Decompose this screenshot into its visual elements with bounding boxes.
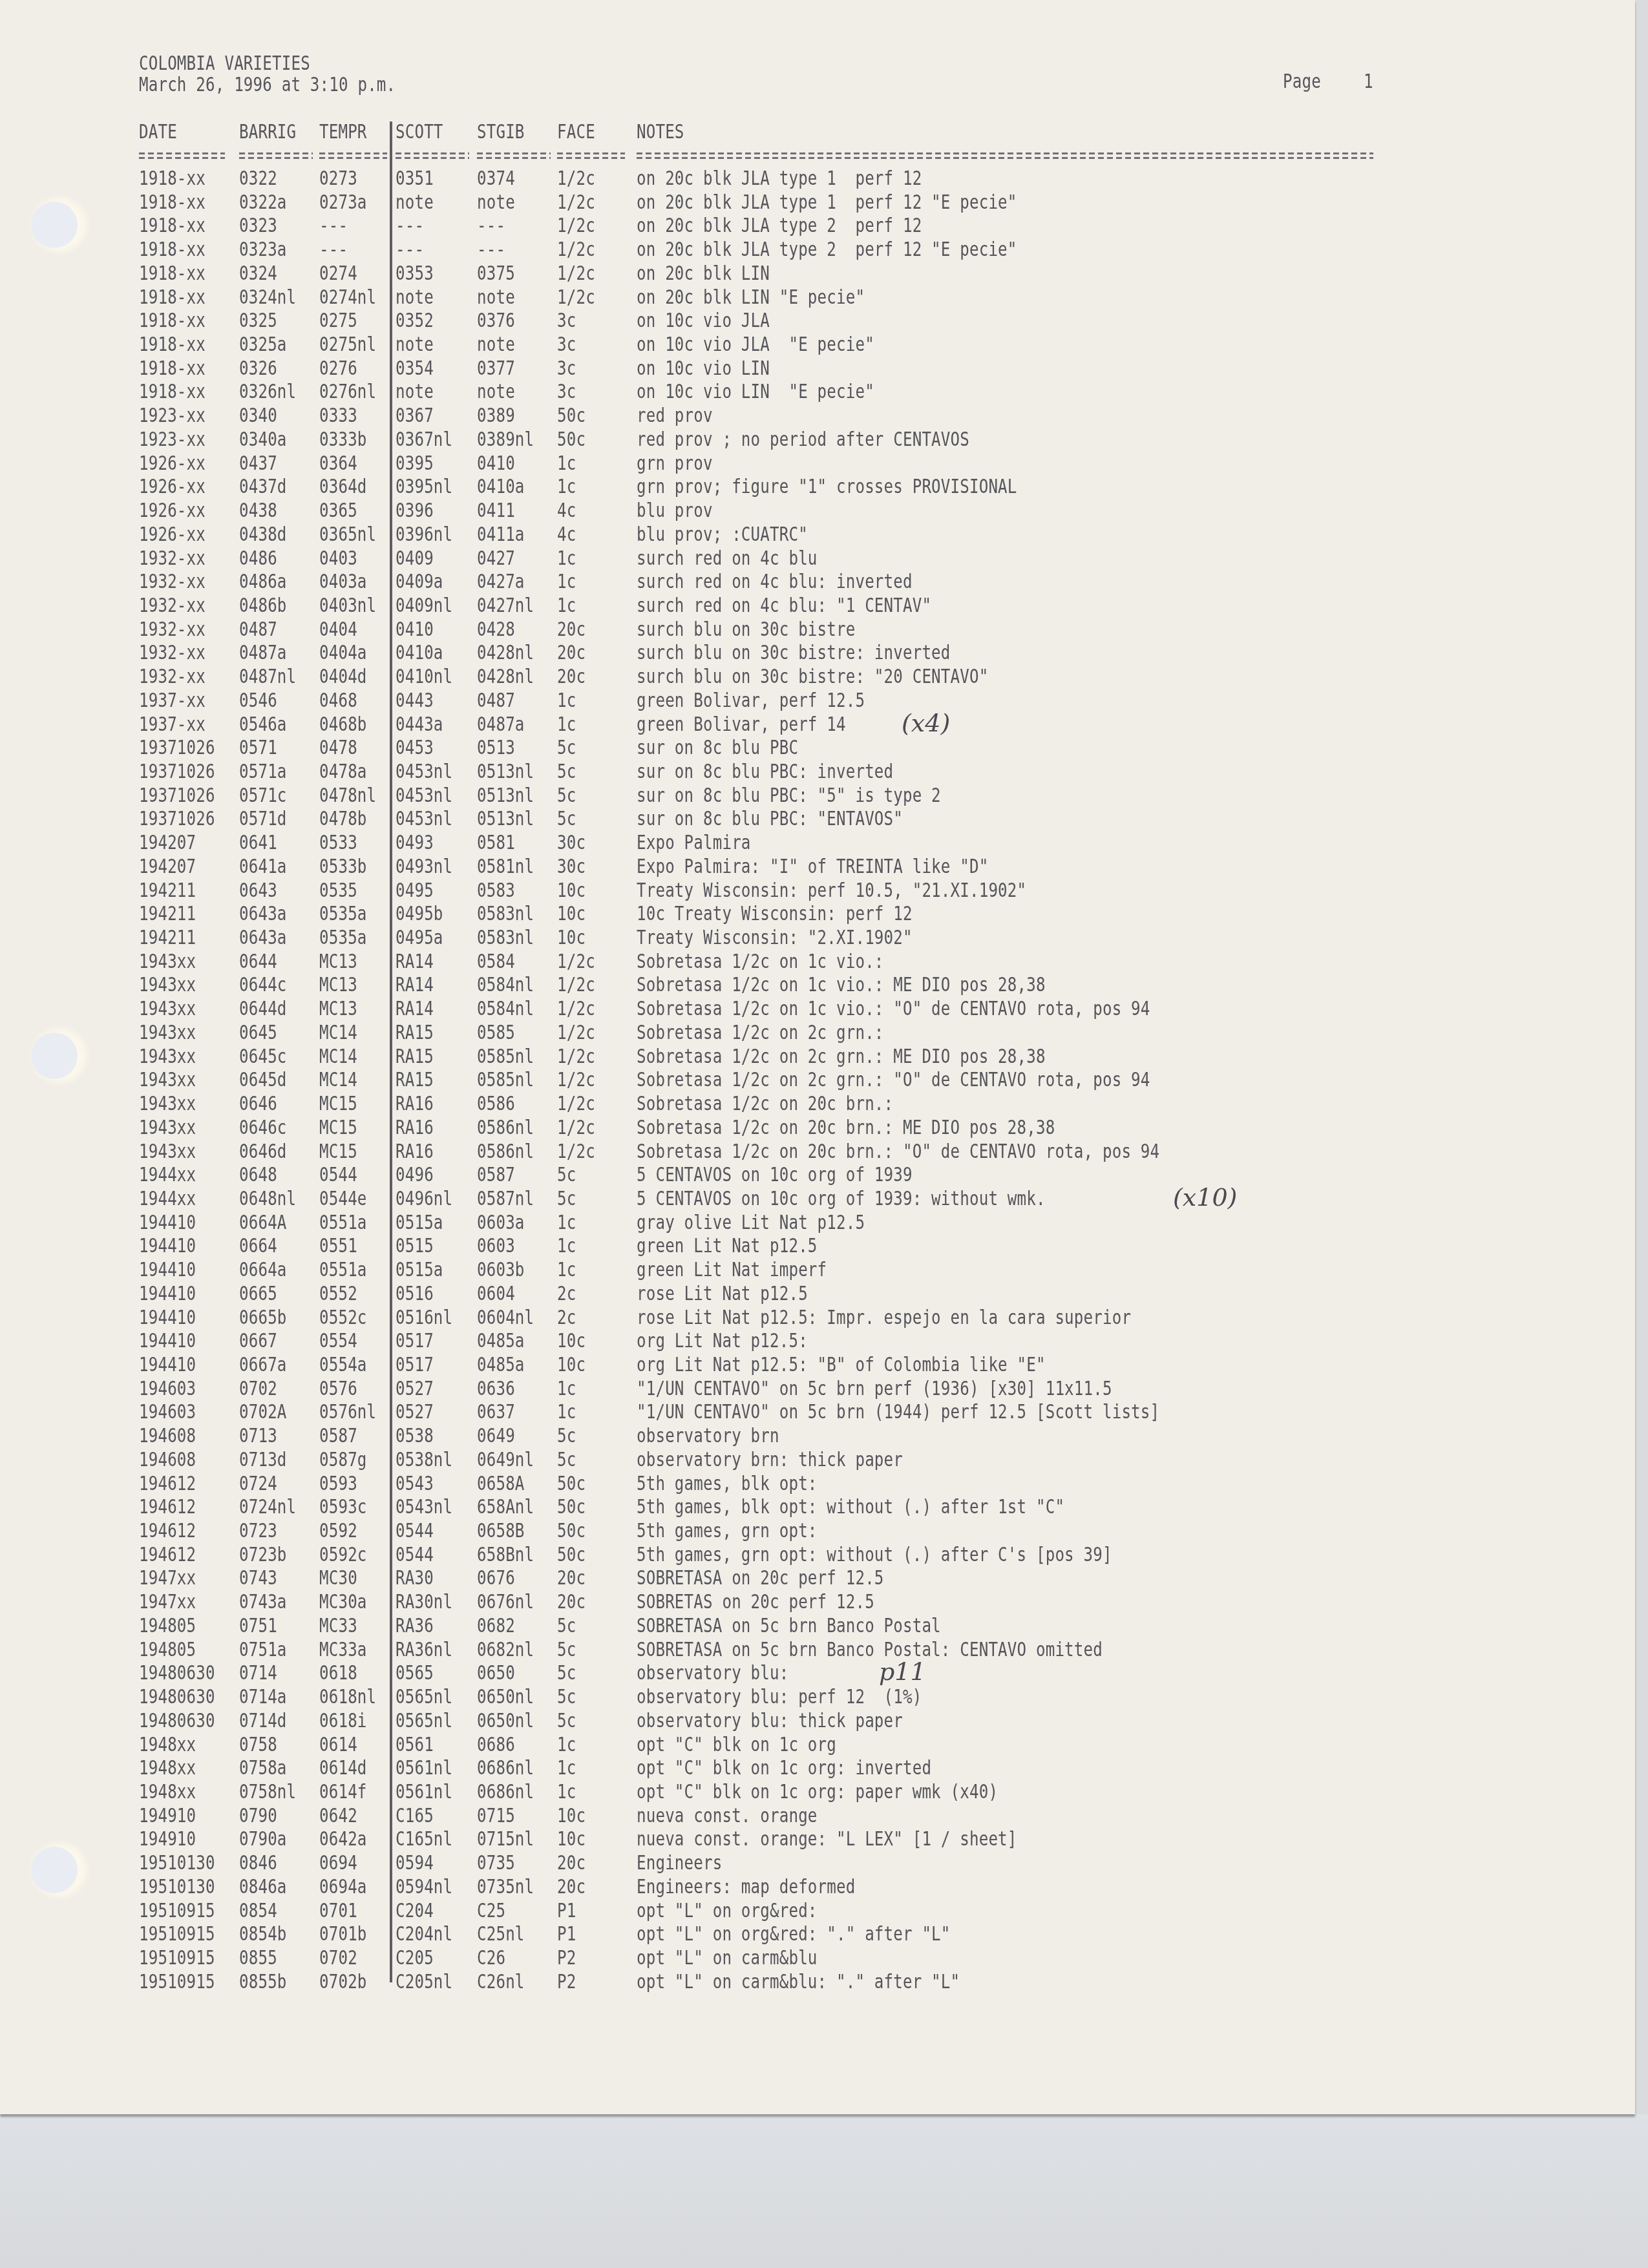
cell-date: 194211 — [139, 926, 196, 949]
rule-segment — [239, 157, 313, 159]
cell-date: 1943xx — [139, 1140, 196, 1163]
cell-stgib: 0658A — [477, 1472, 525, 1495]
cell-date: 1948xx — [139, 1780, 196, 1803]
cell-date: 194612 — [139, 1519, 196, 1542]
cell-barrig: 0644c — [239, 973, 287, 996]
cell-face: 1/2c — [557, 1068, 595, 1091]
cell-date: 19480630 — [139, 1709, 215, 1732]
cell-scott: RA36 — [396, 1614, 434, 1637]
column-header-date: DATE — [139, 120, 177, 143]
cell-face: 5c — [557, 1163, 576, 1186]
cell-date: 1943xx — [139, 1116, 196, 1139]
cell-tempr: 0592 — [319, 1519, 357, 1542]
cell-barrig: 0758nl — [239, 1780, 296, 1803]
cell-stgib: 0583nl — [477, 926, 534, 949]
cell-scott: 0544 — [396, 1519, 434, 1542]
cell-face: 50c — [557, 428, 586, 451]
cell-face: P1 — [557, 1899, 576, 1922]
cell-date: 1918-xx — [139, 262, 206, 285]
rule-segment — [477, 152, 551, 154]
cell-tempr: 0694a — [319, 1875, 367, 1898]
cell-stgib: note — [477, 380, 515, 403]
cell-tempr: 0551 — [319, 1234, 357, 1257]
cell-barrig: 0790a — [239, 1827, 287, 1851]
cell-face: 4c — [557, 523, 576, 546]
column-header-notes: NOTES — [637, 120, 684, 143]
cell-barrig: 0486 — [239, 547, 277, 570]
cell-tempr: 0642a — [319, 1827, 367, 1851]
cell-date: 1932-xx — [139, 594, 206, 617]
cell-tempr: 0618i — [319, 1709, 367, 1732]
cell-stgib: 0377 — [477, 357, 515, 380]
cell-face: 10c — [557, 1353, 586, 1376]
cell-stgib: 0586nl — [477, 1140, 534, 1163]
cell-notes: 5th games, blk opt: without (.) after 1s… — [637, 1495, 1064, 1518]
cell-stgib: 0389nl — [477, 428, 534, 451]
cell-scott: RA15 — [396, 1045, 434, 1068]
cell-stgib: 658Anl — [477, 1495, 534, 1518]
cell-date: 194410 — [139, 1234, 196, 1257]
cell-scott: 0409nl — [396, 594, 452, 617]
cell-date: 19480630 — [139, 1685, 215, 1708]
cell-notes: on 10c vio LIN "E pecie" — [637, 380, 874, 403]
cell-scott: 0543nl — [396, 1495, 452, 1518]
cell-date: 19371026 — [139, 807, 215, 830]
cell-notes: red prov ; no period after CENTAVOS — [637, 428, 969, 451]
cell-stgib: 0603a — [477, 1211, 525, 1234]
cell-barrig: 0665b — [239, 1306, 287, 1329]
cell-face: 4c — [557, 499, 576, 522]
cell-tempr: 0702b — [319, 1970, 367, 1993]
cell-stgib: C26 — [477, 1946, 505, 1969]
cell-scott: 0352 — [396, 309, 434, 332]
cell-scott: 0496 — [396, 1163, 434, 1186]
cell-barrig: 0646 — [239, 1092, 277, 1115]
cell-notes: Sobretasa 1/2c on 20c brn.: — [637, 1092, 893, 1115]
rule-segment — [557, 157, 625, 159]
cell-notes: green Lit Nat p12.5 — [637, 1234, 818, 1257]
cell-stgib: 0428nl — [477, 641, 534, 664]
cell-notes: Expo Palmira — [637, 831, 751, 854]
cell-stgib: 0389 — [477, 404, 515, 427]
cell-barrig: 0648 — [239, 1163, 277, 1186]
cell-stgib: C26nl — [477, 1970, 525, 1993]
cell-notes: on 20c blk JLA type 2 perf 12 "E pecie" — [637, 238, 1017, 261]
cell-date: 1932-xx — [139, 618, 206, 641]
cell-scott: 0453nl — [396, 807, 452, 830]
document-page: COLOMBIA VARIETIES March 26, 1996 at 3:1… — [0, 0, 1635, 2114]
cell-notes: observatory blu: — [637, 1661, 788, 1685]
rule-segment — [477, 157, 551, 159]
cell-barrig: 0641 — [239, 831, 277, 854]
cell-stgib: --- — [477, 214, 505, 237]
cell-tempr: 0535a — [319, 926, 367, 949]
cell-date: 1918-xx — [139, 333, 206, 356]
cell-scott: 0395 — [396, 452, 434, 475]
cell-notes: grn prov; figure "1" crosses PROVISIONAL — [637, 475, 1017, 498]
cell-tempr: 0365 — [319, 499, 357, 522]
cell-date: 19510915 — [139, 1970, 215, 1993]
cell-face: 2c — [557, 1306, 576, 1329]
handwritten-note: (x4) — [902, 709, 950, 737]
cell-notes: 5 CENTAVOS on 10c org of 1939: without w… — [637, 1187, 1046, 1210]
cell-tempr: 0404 — [319, 618, 357, 641]
cell-face: 1/2c — [557, 1045, 595, 1068]
cell-tempr: 0364d — [319, 475, 367, 498]
cell-date: 19510130 — [139, 1875, 215, 1898]
cell-tempr: MC13 — [319, 973, 357, 996]
cell-barrig: 0714a — [239, 1685, 287, 1708]
cell-scott: 0453 — [396, 736, 434, 759]
cell-date: 194608 — [139, 1448, 196, 1471]
cell-date: 1943xx — [139, 1045, 196, 1068]
cell-notes: grn prov — [637, 452, 713, 475]
cell-stgib: 0603b — [477, 1258, 525, 1281]
rule-segment — [139, 152, 225, 154]
cell-stgib: 0682 — [477, 1614, 515, 1637]
cell-date: 1918-xx — [139, 214, 206, 237]
cell-stgib: 0487a — [477, 713, 525, 736]
cell-notes: 5th games, blk opt: — [637, 1472, 818, 1495]
cell-scott: note — [396, 286, 434, 309]
cell-stgib: 0676 — [477, 1566, 515, 1590]
cell-tempr: MC33a — [319, 1638, 367, 1661]
cell-stgib: --- — [477, 238, 505, 261]
cell-scott: RA36nl — [396, 1638, 452, 1661]
cell-tempr: 0642 — [319, 1804, 357, 1827]
cell-date: 194603 — [139, 1377, 196, 1400]
cell-date: 1943xx — [139, 973, 196, 996]
cell-face: 1/2c — [557, 973, 595, 996]
cell-notes: on 10c vio JLA — [637, 309, 770, 332]
cell-scott: 0353 — [396, 262, 434, 285]
cell-notes: surch blu on 30c bistre — [637, 618, 855, 641]
cell-barrig: 0487nl — [239, 665, 296, 688]
cell-notes: opt "L" on org&red: — [637, 1899, 818, 1922]
cell-notes: observatory blu: thick paper — [637, 1709, 903, 1732]
cell-date: 1943xx — [139, 1092, 196, 1115]
cell-scott: 0396 — [396, 499, 434, 522]
cell-notes: 5th games, grn opt: — [637, 1519, 818, 1542]
cell-stgib: 0585 — [477, 1021, 515, 1044]
cell-notes: on 20c blk LIN "E pecie" — [637, 286, 865, 309]
cell-notes: Sobretasa 1/2c on 1c vio.: — [637, 950, 884, 973]
cell-stgib: 0585nl — [477, 1068, 534, 1091]
cell-tempr: MC14 — [319, 1068, 357, 1091]
cell-tempr: 0468 — [319, 689, 357, 712]
cell-barrig: 0643a — [239, 926, 287, 949]
cell-barrig: 0546 — [239, 689, 277, 712]
cell-scott: C205 — [396, 1946, 434, 1969]
cell-tempr: MC33 — [319, 1614, 357, 1637]
cell-scott: 0354 — [396, 357, 434, 380]
cell-date: 194910 — [139, 1804, 196, 1827]
cell-barrig: 0758a — [239, 1756, 287, 1780]
cell-tempr: 0276nl — [319, 380, 376, 403]
cell-notes: observatory brn — [637, 1424, 779, 1447]
cell-face: 1c — [557, 1733, 576, 1756]
cell-date: 194910 — [139, 1827, 196, 1851]
cell-tempr: 0614d — [319, 1756, 367, 1780]
cell-stgib: 0584nl — [477, 973, 534, 996]
cell-barrig: 0571 — [239, 736, 277, 759]
cell-tempr: 0587 — [319, 1424, 357, 1447]
cell-stgib: 0686 — [477, 1733, 515, 1756]
cell-barrig: 0487a — [239, 641, 287, 664]
cell-scott: 0565nl — [396, 1709, 452, 1732]
cell-barrig: 0571a — [239, 760, 287, 783]
cell-date: 194612 — [139, 1543, 196, 1566]
cell-tempr: 0535 — [319, 879, 357, 902]
cell-tempr: 0478nl — [319, 784, 376, 807]
cell-barrig: 0325a — [239, 333, 287, 356]
cell-date: 19371026 — [139, 736, 215, 759]
cell-stgib: 0604 — [477, 1282, 515, 1305]
cell-face: 5c — [557, 736, 576, 759]
cell-stgib: 0584 — [477, 950, 515, 973]
cell-barrig: 0758 — [239, 1733, 277, 1756]
cell-notes: "1/UN CENTAVO" on 5c brn (1944) perf 12.… — [637, 1400, 1159, 1423]
cell-tempr: 0365nl — [319, 523, 376, 546]
rule-segment — [637, 157, 1373, 159]
cell-date: 1932-xx — [139, 570, 206, 593]
cell-stgib: 0587 — [477, 1163, 515, 1186]
cell-stgib: 0583nl — [477, 902, 534, 925]
cell-notes: opt "L" on org&red: "." after "L" — [637, 1922, 951, 1946]
cell-tempr: 0552c — [319, 1306, 367, 1329]
cell-stgib: 0649nl — [477, 1448, 534, 1471]
cell-face: 5c — [557, 1638, 576, 1661]
cell-face: 1c — [557, 1377, 576, 1400]
cell-tempr: 0702 — [319, 1946, 357, 1969]
cell-date: 1943xx — [139, 1021, 196, 1044]
cell-tempr: 0533 — [319, 831, 357, 854]
cell-notes: org Lit Nat p12.5: — [637, 1329, 808, 1352]
rule-segment — [557, 152, 625, 154]
cell-tempr: MC15 — [319, 1092, 357, 1115]
cell-barrig: 0644d — [239, 997, 287, 1020]
cell-face: 3c — [557, 309, 576, 332]
cell-tempr: 0701b — [319, 1922, 367, 1946]
column-header-barrig: BARRIG — [239, 120, 296, 143]
cell-date: 194410 — [139, 1282, 196, 1305]
cell-date: 1944xx — [139, 1187, 196, 1210]
cell-scott: 0527 — [396, 1400, 434, 1423]
cell-date: 1923-xx — [139, 404, 206, 427]
cell-notes: opt "L" on carm&blu — [637, 1946, 818, 1969]
cell-face: 1c — [557, 547, 576, 570]
cell-stgib: note — [477, 286, 515, 309]
cell-scott: 0410nl — [396, 665, 452, 688]
cell-scott: RA15 — [396, 1068, 434, 1091]
cell-barrig: 0724 — [239, 1472, 277, 1495]
cell-scott: note — [396, 380, 434, 403]
cell-face: 1/2c — [557, 191, 595, 214]
cell-barrig: 0437 — [239, 452, 277, 475]
cell-barrig: 0702A — [239, 1400, 287, 1423]
cell-date: 19510915 — [139, 1922, 215, 1946]
cell-barrig: 0664a — [239, 1258, 287, 1281]
cell-stgib: 0650nl — [477, 1709, 534, 1732]
cell-stgib: note — [477, 333, 515, 356]
cell-tempr: 0478b — [319, 807, 367, 830]
cell-barrig: 0713 — [239, 1424, 277, 1447]
cell-notes: SOBRETAS on 20c perf 12.5 — [637, 1590, 874, 1613]
cell-face: 1c — [557, 1780, 576, 1803]
cell-face: 50c — [557, 1519, 586, 1542]
cell-face: 1/2c — [557, 167, 595, 190]
cell-tempr: 0403nl — [319, 594, 376, 617]
cell-stgib: 0375 — [477, 262, 515, 285]
cell-barrig: 0645d — [239, 1068, 287, 1091]
cell-date: 1918-xx — [139, 167, 206, 190]
cell-scott: 0396nl — [396, 523, 452, 546]
cell-stgib: note — [477, 191, 515, 214]
cell-face: 2c — [557, 1282, 576, 1305]
cell-face: 1c — [557, 452, 576, 475]
cell-stgib: 0658B — [477, 1519, 525, 1542]
cell-stgib: 0586nl — [477, 1116, 534, 1139]
cell-notes: 5th games, grn opt: without (.) after C'… — [637, 1543, 1112, 1566]
cell-notes: green Bolivar, perf 12.5 — [637, 689, 865, 712]
cell-scott: RA16 — [396, 1140, 434, 1163]
cell-notes: opt "C" blk on 1c org — [637, 1733, 836, 1756]
cell-scott: C205nl — [396, 1970, 452, 1993]
cell-scott: 0493 — [396, 831, 434, 854]
cell-face: 1/2c — [557, 238, 595, 261]
cell-barrig: 0713d — [239, 1448, 287, 1471]
cell-face: 5c — [557, 760, 576, 783]
cell-notes: on 20c blk LIN — [637, 262, 770, 285]
cell-tempr: MC15 — [319, 1140, 357, 1163]
cell-barrig: 0641a — [239, 855, 287, 878]
cell-date: 19510915 — [139, 1946, 215, 1969]
cell-face: 1c — [557, 1258, 576, 1281]
cell-stgib: 0411a — [477, 523, 525, 546]
cell-notes: blu prov — [637, 499, 713, 522]
cell-notes: Treaty Wisconsin: perf 10.5, "21.XI.1902… — [637, 879, 1026, 902]
cell-tempr: 0333 — [319, 404, 357, 427]
cell-date: 194603 — [139, 1400, 196, 1423]
column-header-tempr: TEMPR — [319, 120, 367, 143]
cell-date: 194410 — [139, 1329, 196, 1352]
cell-notes: sur on 8c blu PBC: "5" is type 2 — [637, 784, 941, 807]
cell-date: 1926-xx — [139, 499, 206, 522]
cell-face: 1c — [557, 1400, 576, 1423]
cell-barrig: 0855b — [239, 1970, 287, 1993]
cell-date: 1937-xx — [139, 689, 206, 712]
punch-hole — [31, 1033, 78, 1079]
cell-tempr: MC30 — [319, 1566, 357, 1590]
cell-stgib: 0649 — [477, 1424, 515, 1447]
cell-scott: 0409 — [396, 547, 434, 570]
cell-scott: 0527 — [396, 1377, 434, 1400]
cell-face: 20c — [557, 641, 586, 664]
cell-stgib: 0581nl — [477, 855, 534, 878]
cell-tempr: 0535a — [319, 902, 367, 925]
column-divider — [390, 121, 392, 1982]
cell-scott: C204 — [396, 1899, 434, 1922]
cell-barrig: 0723 — [239, 1519, 277, 1542]
cell-date: 194410 — [139, 1306, 196, 1329]
cell-notes: opt "L" on carm&blu: "." after "L" — [637, 1970, 960, 1993]
cell-barrig: 0438 — [239, 499, 277, 522]
cell-barrig: 0714d — [239, 1709, 287, 1732]
cell-stgib: 0427nl — [477, 594, 534, 617]
cell-barrig: 0322 — [239, 167, 277, 190]
cell-stgib: 0735 — [477, 1851, 515, 1874]
cell-stgib: 0513 — [477, 736, 515, 759]
cell-scott: 0495 — [396, 879, 434, 902]
cell-scott: RA30 — [396, 1566, 434, 1590]
cell-tempr: 0593c — [319, 1495, 367, 1518]
cell-stgib: 0374 — [477, 167, 515, 190]
cell-date: 19480630 — [139, 1661, 215, 1685]
cell-tempr: 0274nl — [319, 286, 376, 309]
cell-tempr: 0276 — [319, 357, 357, 380]
cell-face: 1/2c — [557, 214, 595, 237]
cell-face: 30c — [557, 831, 586, 854]
cell-scott: 0561 — [396, 1733, 434, 1756]
cell-scott: 0594 — [396, 1851, 434, 1874]
rule-segment — [396, 157, 469, 159]
cell-date: 194612 — [139, 1472, 196, 1495]
cell-scott: RA30nl — [396, 1590, 452, 1613]
cell-stgib: 0583 — [477, 879, 515, 902]
cell-date: 1948xx — [139, 1733, 196, 1756]
print-timestamp: March 26, 1996 at 3:10 p.m. — [139, 73, 396, 96]
cell-scott: 0410 — [396, 618, 434, 641]
cell-barrig: 0743a — [239, 1590, 287, 1613]
cell-stgib: 0581 — [477, 831, 515, 854]
cell-stgib: 0487 — [477, 689, 515, 712]
cell-stgib: 0485a — [477, 1353, 525, 1376]
cell-notes: surch red on 4c blu: inverted — [637, 570, 913, 593]
cell-notes: on 20c blk JLA type 1 perf 12 "E pecie" — [637, 191, 1017, 214]
cell-face: 20c — [557, 618, 586, 641]
cell-date: 1943xx — [139, 997, 196, 1020]
cell-scott: RA14 — [396, 973, 434, 996]
cell-barrig: 0325 — [239, 309, 277, 332]
cell-date: 194207 — [139, 831, 196, 854]
cell-scott: 0367nl — [396, 428, 452, 451]
cell-scott: 0493nl — [396, 855, 452, 878]
cell-date: 1926-xx — [139, 452, 206, 475]
cell-scott: 0409a — [396, 570, 443, 593]
page-number: 1 — [1364, 70, 1373, 93]
cell-barrig: 0743 — [239, 1566, 277, 1590]
cell-face: 1c — [557, 689, 576, 712]
cell-tempr: 0551a — [319, 1211, 367, 1234]
cell-date: 1932-xx — [139, 547, 206, 570]
cell-scott: note — [396, 333, 434, 356]
cell-face: 1c — [557, 1234, 576, 1257]
cell-barrig: 0645c — [239, 1045, 287, 1068]
cell-stgib: 0376 — [477, 309, 515, 332]
cell-scott: 0538 — [396, 1424, 434, 1447]
cell-scott: 0543 — [396, 1472, 434, 1495]
cell-scott: 0594nl — [396, 1875, 452, 1898]
cell-notes: red prov — [637, 404, 713, 427]
cell-barrig: 0324nl — [239, 286, 296, 309]
cell-tempr: 0404d — [319, 665, 367, 688]
cell-scott: 0496nl — [396, 1187, 452, 1210]
cell-face: 10c — [557, 1804, 586, 1827]
cell-scott: 0495a — [396, 926, 443, 949]
cell-tempr: 0552 — [319, 1282, 357, 1305]
cell-face: 1/2c — [557, 997, 595, 1020]
cell-notes: org Lit Nat p12.5: "B" of Colombia like … — [637, 1353, 1046, 1376]
